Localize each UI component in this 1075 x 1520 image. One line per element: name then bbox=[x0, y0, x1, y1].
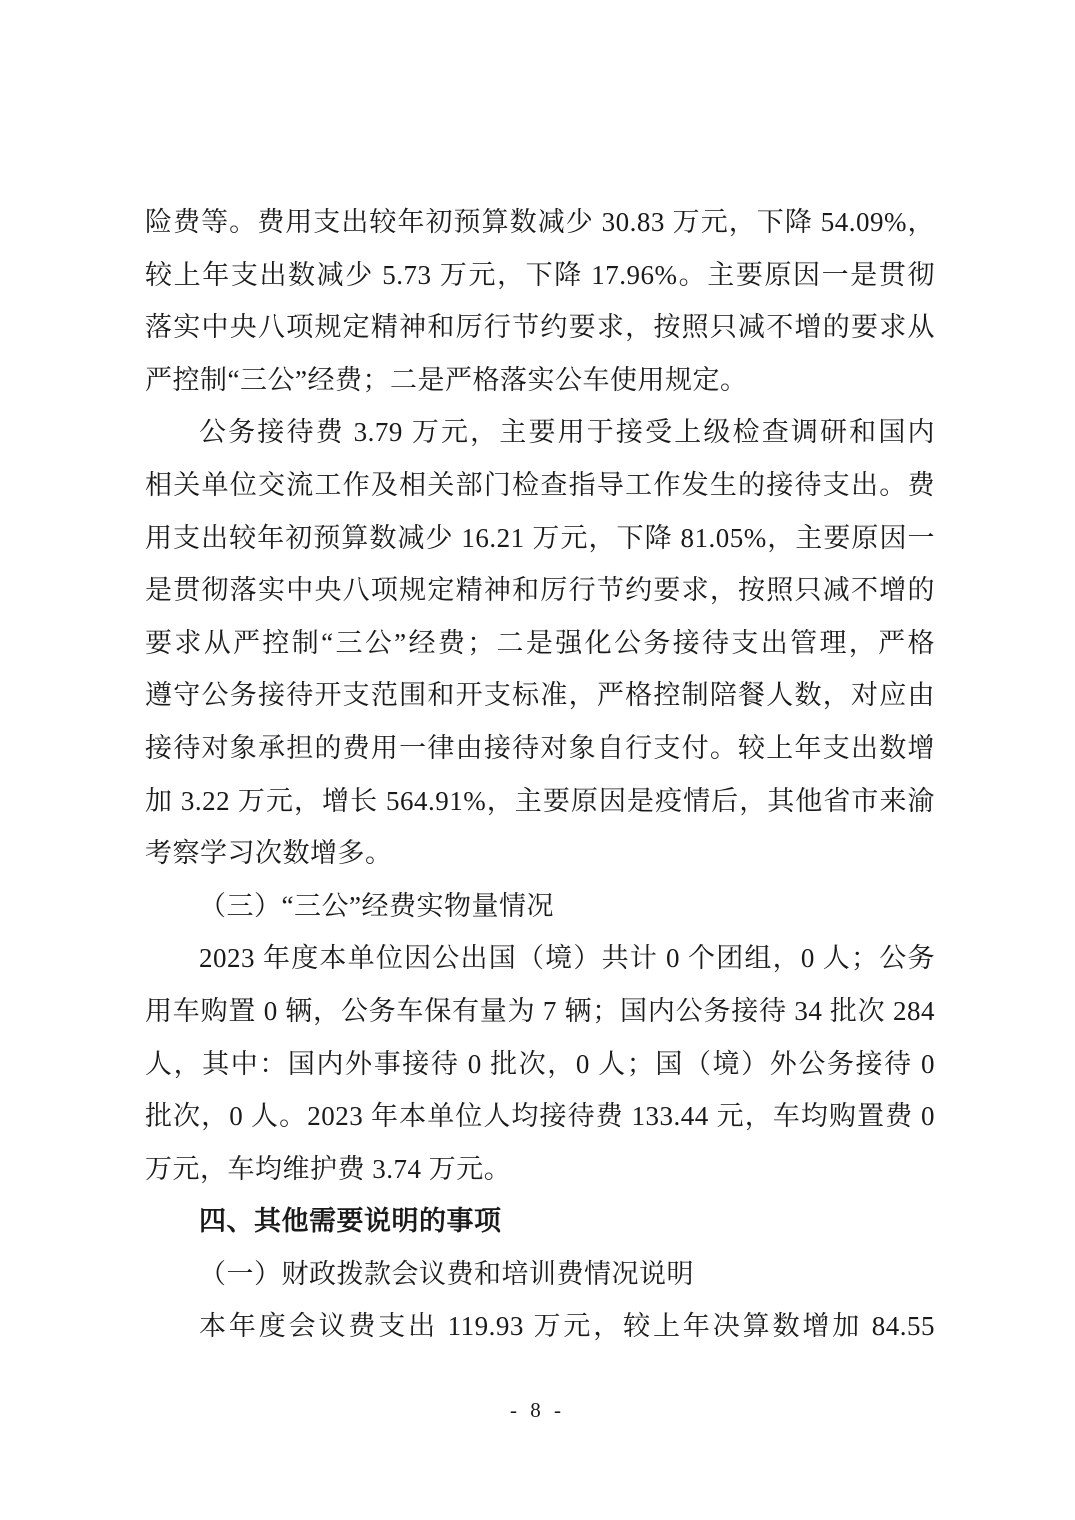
text-line: 加 3.22 万元，增长 564.91%，主要原因是疫情后，其他省市来渝 bbox=[145, 775, 935, 828]
page-footer: - 8 - bbox=[0, 1398, 1075, 1423]
text-line: 落实中央八项规定精神和厉行节约要求，按照只减不增的要求从 bbox=[145, 301, 935, 354]
text-line: 严控制“三公”经费；二是严格落实公车使用规定。 bbox=[145, 354, 935, 407]
text-line: 考察学习次数增多。 bbox=[145, 827, 935, 880]
text-line: 2023 年度本单位因公出国（境）共计 0 个团组，0 人；公务 bbox=[145, 932, 935, 985]
section-heading: 四、其他需要说明的事项 bbox=[145, 1195, 935, 1248]
document-content: 险费等。费用支出较年初预算数减少 30.83 万元，下降 54.09%，较上年支… bbox=[145, 196, 935, 1353]
text-line: 本年度会议费支出 119.93 万元，较上年决算数增加 84.55 bbox=[145, 1300, 935, 1353]
document-page: 险费等。费用支出较年初预算数减少 30.83 万元，下降 54.09%，较上年支… bbox=[0, 0, 1075, 1520]
text-line: 是贯彻落实中央八项规定精神和厉行节约要求，按照只减不增的 bbox=[145, 564, 935, 617]
page-number: - 8 - bbox=[510, 1398, 565, 1422]
text-line: 用车购置 0 辆，公务车保有量为 7 辆；国内公务接待 34 批次 284 bbox=[145, 985, 935, 1038]
text-line: 人，其中：国内外事接待 0 批次，0 人；国（境）外公务接待 0 bbox=[145, 1038, 935, 1091]
text-line: 用支出较年初预算数减少 16.21 万元，下降 81.05%，主要原因一 bbox=[145, 512, 935, 565]
text-line: 较上年支出数减少 5.73 万元，下降 17.96%。主要原因一是贯彻 bbox=[145, 249, 935, 302]
text-line: 万元，车均维护费 3.74 万元。 bbox=[145, 1143, 935, 1196]
text-line: 批次，0 人。2023 年本单位人均接待费 133.44 元，车均购置费 0 bbox=[145, 1090, 935, 1143]
sub-heading: （一）财政拨款会议费和培训费情况说明 bbox=[145, 1248, 935, 1301]
text-line: 相关单位交流工作及相关部门检查指导工作发生的接待支出。费 bbox=[145, 459, 935, 512]
text-line: 要求从严控制“三公”经费；二是强化公务接待支出管理，严格 bbox=[145, 617, 935, 670]
text-line: 公务接待费 3.79 万元，主要用于接受上级检查调研和国内 bbox=[145, 406, 935, 459]
text-line: 险费等。费用支出较年初预算数减少 30.83 万元，下降 54.09%， bbox=[145, 196, 935, 249]
text-line: 遵守公务接待开支范围和开支标准，严格控制陪餐人数，对应由 bbox=[145, 669, 935, 722]
sub-heading: （三）“三公”经费实物量情况 bbox=[145, 880, 935, 933]
text-line: 接待对象承担的费用一律由接待对象自行支付。较上年支出数增 bbox=[145, 722, 935, 775]
